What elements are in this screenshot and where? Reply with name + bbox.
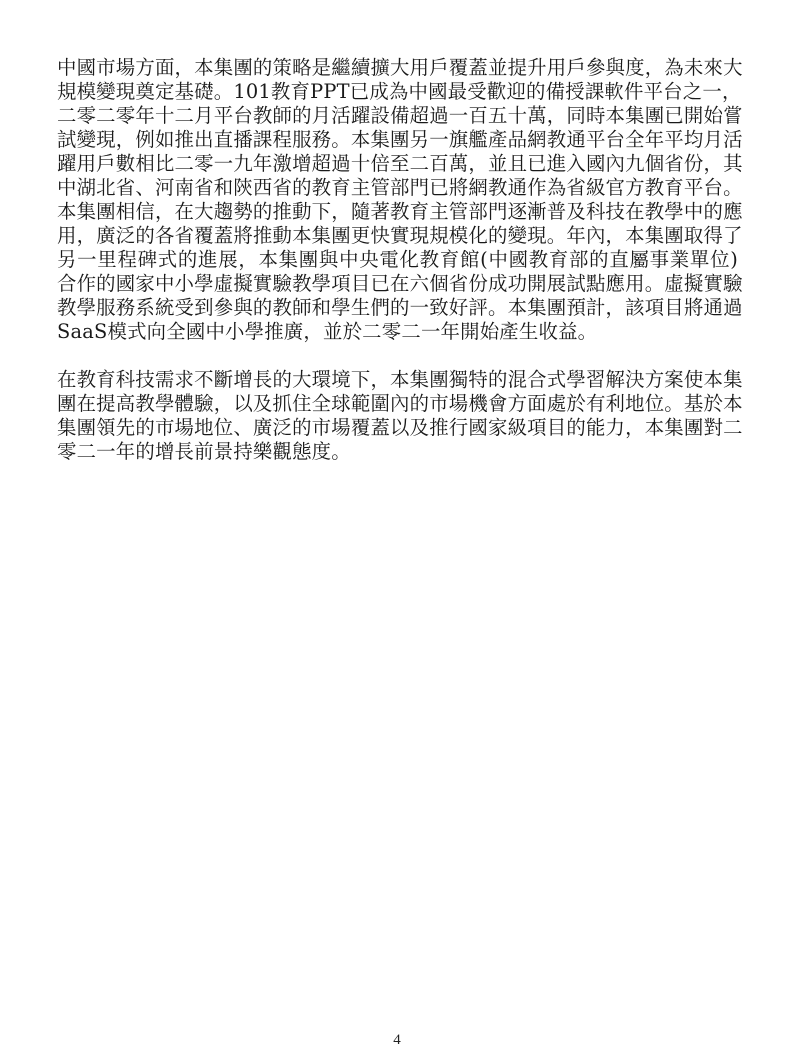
- text-line: 團在提高教學體驗，以及抓住全球範圍內的市場機會方面處於有利地位。基於本: [57, 392, 738, 416]
- text-line: 試變現，例如推出直播課程服務。本集團另一旗艦產品網教通平台全年平均月活: [57, 128, 738, 152]
- text-line: 躍用戶數相比二零一九年激增超過十倍至二百萬，並且已進入國內九個省份，其: [57, 152, 738, 176]
- paragraph-china-market: 中國市場方面，本集團的策略是繼續擴大用戶覆蓋並提升用戶參與度，為未來大 規模變現…: [57, 56, 738, 344]
- text-line: 集團領先的市場地位、廣泛的市場覆蓋以及推行國家級項目的能力，本集團對二: [57, 416, 738, 440]
- text-line: 二零二零年十二月平台教師的月活躍設備超過一百五十萬，同時本集團已開始嘗: [57, 104, 738, 128]
- text-line: 用，廣泛的各省覆蓋將推動本集團更快實現規模化的變現。年內，本集團取得了: [57, 224, 738, 248]
- text-line: 合作的國家中小學虛擬實驗教學項目已在六個省份成功開展試點應用。虛擬實驗: [57, 272, 738, 296]
- text-line: 教學服務系統受到參與的教師和學生們的一致好評。本集團預計，該項目將通過: [57, 296, 738, 320]
- text-line: 在教育科技需求不斷增長的大環境下，本集團獨特的混合式學習解決方案使本集: [57, 368, 738, 392]
- text-line: SaaS模式向全國中小學推廣，並於二零二一年開始產生收益。: [57, 320, 738, 344]
- text-line: 中湖北省、河南省和陝西省的教育主管部門已將網教通作為省級官方教育平台。: [57, 176, 738, 200]
- text-line: 本集團相信，在大趨勢的推動下，隨著教育主管部門逐漸普及科技在教學中的應: [57, 200, 738, 224]
- text-line: 零二一年的增長前景持樂觀態度。: [57, 440, 738, 464]
- page-number: 4: [0, 1032, 794, 1049]
- text-line: 規模變現奠定基礎。101教育PPT已成為中國最受歡迎的備授課軟件平台之一，: [57, 80, 738, 104]
- paragraph-outlook: 在教育科技需求不斷增長的大環境下，本集團獨特的混合式學習解決方案使本集 團在提高…: [57, 368, 738, 464]
- document-body: 中國市場方面，本集團的策略是繼續擴大用戶覆蓋並提升用戶參與度，為未來大 規模變現…: [57, 56, 738, 464]
- text-line: 中國市場方面，本集團的策略是繼續擴大用戶覆蓋並提升用戶參與度，為未來大: [57, 56, 738, 80]
- text-line: 另一里程碑式的進展，本集團與中央電化教育館(中國教育部的直屬事業單位): [57, 248, 738, 272]
